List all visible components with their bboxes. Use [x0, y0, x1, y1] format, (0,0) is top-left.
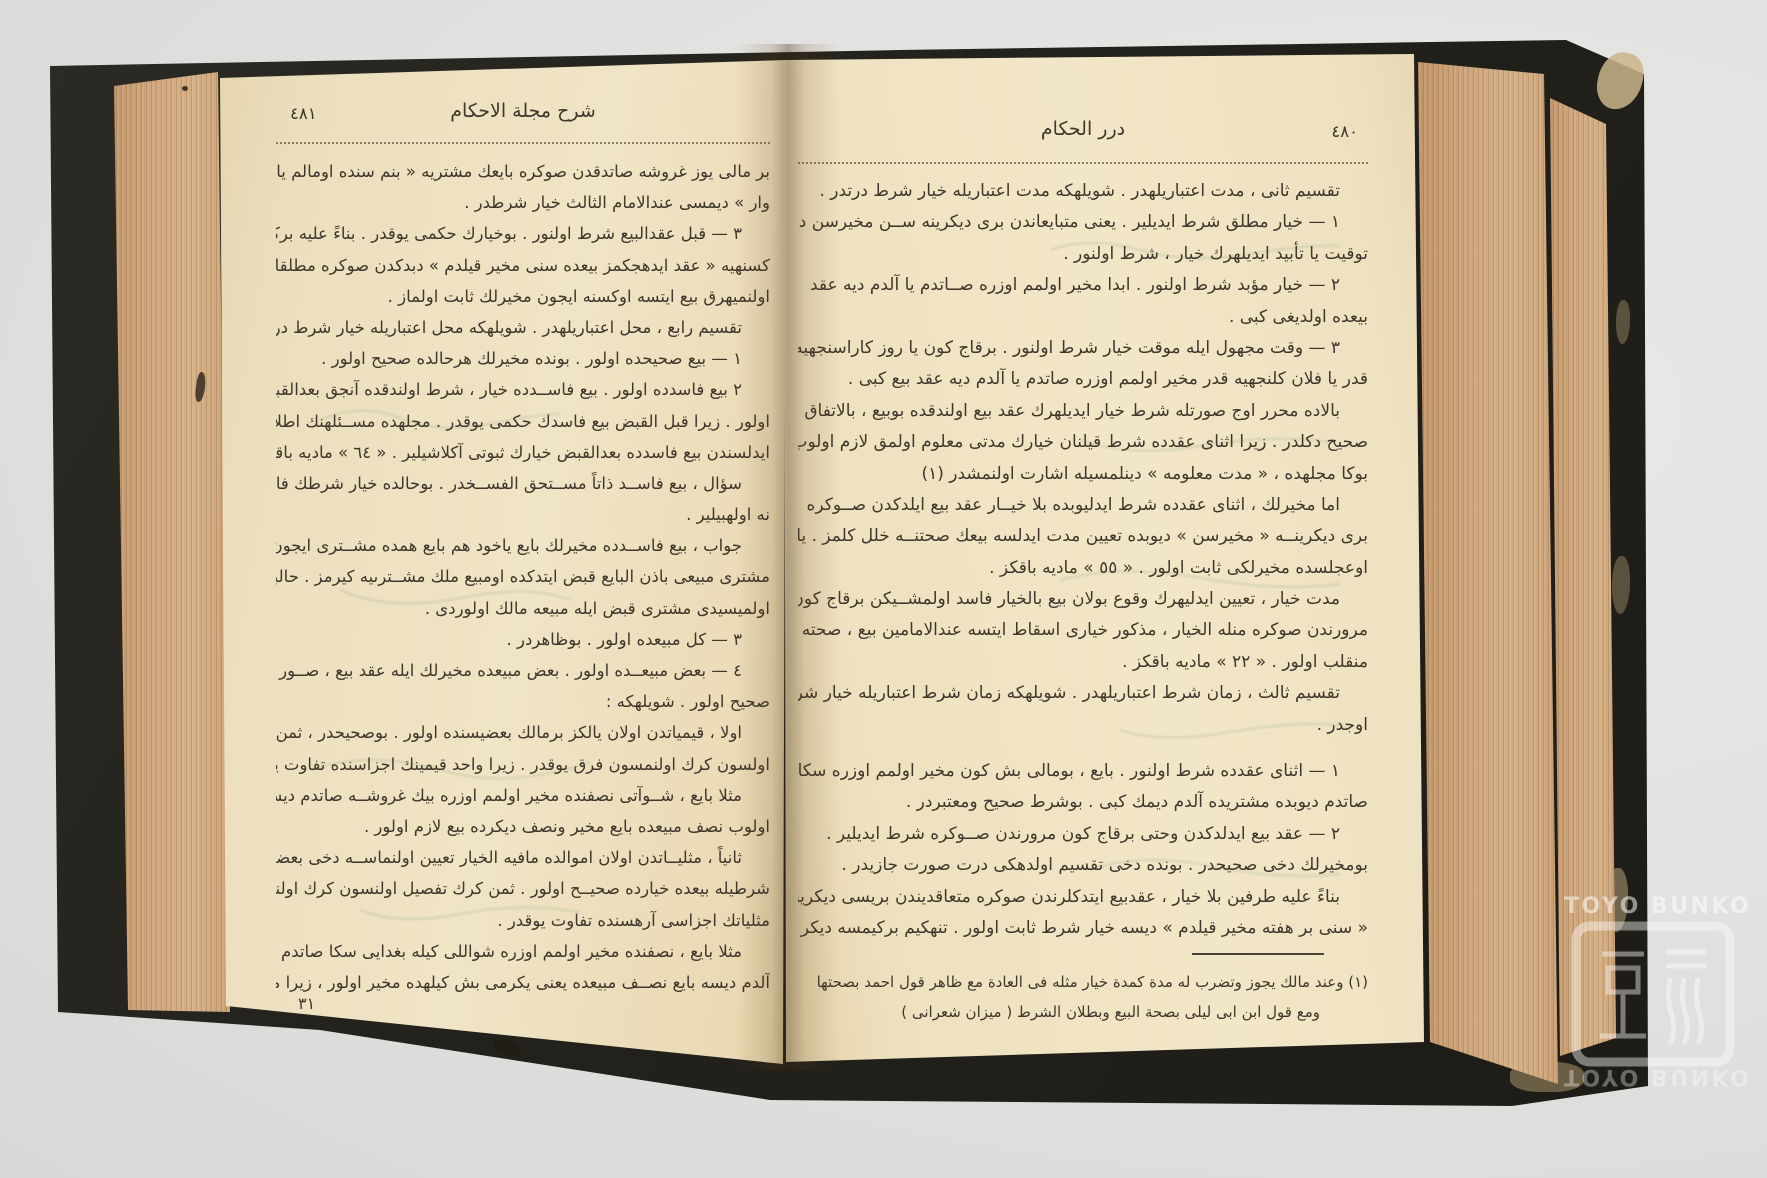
text-line: « سنى بر هفته مخير قيلدم » ديسه خيار شرط… [798, 913, 1368, 944]
text-line: مدت خيار ، تعيين ايدليهرك وقوع بولان بيع… [798, 584, 1368, 615]
text-line: مثلا بايع ، نصفنده مخير اولمم اوزره شوال… [276, 936, 770, 967]
text-line: بومخيرلك دخى صحيحدر . بونده دخى تقسيم او… [798, 850, 1368, 881]
text-line: صحيح اولور . شويلهكه : [276, 686, 770, 717]
text-line: سؤال ، بيع فاســد ذاتاً مســتحق الفســخد… [276, 468, 770, 499]
left-running-title: شرح مجلة الاحكام [450, 100, 596, 122]
text-line: اولوب نصف مبيعده بايع مخير ونصف ديكرده ب… [276, 811, 770, 842]
text-line: اولا ، قيمياتدن اولان يالكز برمالك بعضيس… [276, 717, 770, 748]
text-line: ٤ — بعض مبيعــده اولور . بعض مبيعده مخير… [276, 655, 770, 686]
text-line: ١ — بيع صحيحده اولور . بونده مخيرلك هرحا… [276, 343, 770, 374]
text-line: صحيح دكلدر . زيرا اثناى عقدده شرط قيلنان… [798, 427, 1368, 458]
text-line: صاتدم ديوبده مشتريده آلدم ديمك كبى . بوش… [798, 787, 1368, 818]
photo-of-open-book: ٤٨١ شرح مجلة الاحكام بر مالى يوز غروشه ص… [0, 0, 1767, 1178]
text-line: بر مالى يوز غروشه صاتدقدن صوكره بايعك مش… [276, 156, 770, 187]
right-running-title: درر الحكام [1041, 118, 1125, 140]
text-line: مثلياتك اجزاسى آرهسنده تفاوت يوقدر . [276, 905, 770, 936]
text-line: شرطيله بيعده خيارده صحيــح اولور . ثمن ك… [276, 873, 770, 904]
text-line: جواب ، بيع فاســدده مخيرلك بايع ياخود هم… [276, 530, 770, 561]
right-text-block: تقسيم ثانى ، مدت اعتباريلهدر . شويلهكه م… [798, 176, 1368, 944]
text-line: اولنميهرق بيع ايتسه اوكسنه ايجون مخيرلك … [276, 281, 770, 312]
text-line: ايدلسندن بيع فاسدده بعدالقبض خيارك ثبوتى… [276, 437, 770, 468]
right-header-rule [798, 162, 1368, 164]
text-line: تقسيم ثانى ، مدت اعتباريلهدر . شويلهكه م… [798, 176, 1368, 207]
text-line: ٣ — وقت مجهول ايله موقت خيار شرط اولنور … [798, 333, 1368, 364]
text-line: توقيت يا تأبيد ايديلهرك خيار ، شرط اولنو… [798, 239, 1368, 270]
right-page-header: ٤٨٠ درر الحكام [798, 92, 1368, 158]
text-line: مثلا بايع ، شــوآتى نصفنده مخير اولمم او… [276, 780, 770, 811]
page-edge-stack-right [1418, 50, 1560, 1092]
left-text-block: بر مالى يوز غروشه صاتدقدن صوكره بايعك مش… [276, 156, 770, 998]
text-line: مرورندن صوكره منله الخيار ، مذكور خيارى … [798, 615, 1368, 646]
text-line: اولميسيدى مشترى قبض ايله مبيعه مالك اولو… [276, 593, 770, 624]
text-line: اوعجلسده مخيرلكى ثابت اولور . « ٥٥ » ماد… [798, 553, 1368, 584]
text-line: اما مخيرلك ، اثناى عقدده شرط ايدليوبده ب… [798, 490, 1368, 521]
text-line: ٢ — خيار مؤبد شرط اولنور . ابدا مخير اول… [798, 270, 1368, 301]
text-line: اولور . زيرا قبل القبض بيع فاسدك حكمى يو… [276, 406, 770, 437]
text-line: تقسيم رابع ، محل اعتباريلهدر . شويلهكه م… [276, 312, 770, 343]
text-line: ٢ — عقد بيع ايدلدكدن وحتى برقاج كون مرور… [798, 819, 1368, 850]
right-page-text: ٤٨٠ درر الحكام تقسيم ثانى ، مدت اعتباريل… [798, 92, 1368, 1027]
text-line: بناءً عليه طرفين بلا خيار ، عقدبيع ايتدك… [798, 882, 1368, 913]
text-line: (١) وعند مالك يجوز وتضرب له مدة كمدة خيا… [798, 967, 1368, 997]
footnote-separator [1192, 953, 1324, 955]
text-line: بالاده محرر اوج صورتله شرط خيار ايديلهرك… [798, 396, 1368, 427]
text-line: كسنهيه « عقد ايدهجكمز بيعده سنى مخير قيل… [276, 250, 770, 281]
text-line: ٣ — قبل عقدالبيع شرط اولنور . بوخيارك حك… [276, 218, 770, 249]
text-line: مشترى مبيعى باذن البايع قبض ايتدكده اومب… [276, 561, 770, 592]
right-page-number: ٤٨٠ [1331, 122, 1358, 141]
footnote-block: (١) وعند مالك يجوز وتضرب له مدة كمدة خيا… [798, 967, 1368, 1027]
signature-mark: ٣١ [298, 994, 315, 1013]
text-line: بيعده اولديغى كبى . [798, 302, 1368, 333]
text-line: ١ — اثناى عقدده شرط اولنور . بايع ، بوما… [798, 756, 1368, 787]
text-line: نه اولهبيلير . [276, 499, 770, 530]
left-page-number: ٤٨١ [290, 104, 317, 123]
text-line: ٢ بيع فاسدده اولور . بيع فاســدده خيار ،… [276, 374, 770, 405]
text-line: وار » ديمسى عندالامام الثالث خيار شرطدر … [276, 187, 770, 218]
text-line: اوجدر . [798, 710, 1368, 741]
text-line: منقلب اولور . « ٢٢ » ماديه باقكز . [798, 647, 1368, 678]
text-line: ٣ — كل مبيعده اولور . بوظاهردر . [276, 624, 770, 655]
left-page-header: ٤٨١ شرح مجلة الاحكام [276, 100, 770, 138]
text-line: بوكا مجلهده ، « مدت معلومه » دينلمسيله ا… [798, 459, 1368, 490]
line-spacer [798, 741, 1368, 756]
left-page-text: ٤٨١ شرح مجلة الاحكام بر مالى يوز غروشه ص… [276, 100, 770, 998]
text-line: قدر يا فلان كلنجهيه قدر مخير اولمم اوزره… [798, 364, 1368, 395]
text-line: تقسيم ثالث ، زمان شرط اعتباريلهدر . شويل… [798, 678, 1368, 709]
text-line: برى ديكرينــه « مخيرسن » ديوبده تعيين مد… [798, 521, 1368, 552]
text-line: ١ — خيار مطلق شرط ايديلير . يعنى متبايعا… [798, 207, 1368, 238]
stain-speck [182, 86, 188, 91]
left-header-rule [276, 142, 770, 144]
text-line: ثانياً ، مثليــاتدن اولان اموالده مافيه … [276, 842, 770, 873]
text-line: ومع قول ابن ابى ليلى بصحة البيع وبطلان ا… [798, 997, 1368, 1027]
text-line: آلدم ديسه بايع نصــف مبيعده يعنى يكرمى ب… [276, 967, 770, 998]
text-line: اولسون كرك اولنمسون فرق يوقدر . زيرا واح… [276, 749, 770, 780]
